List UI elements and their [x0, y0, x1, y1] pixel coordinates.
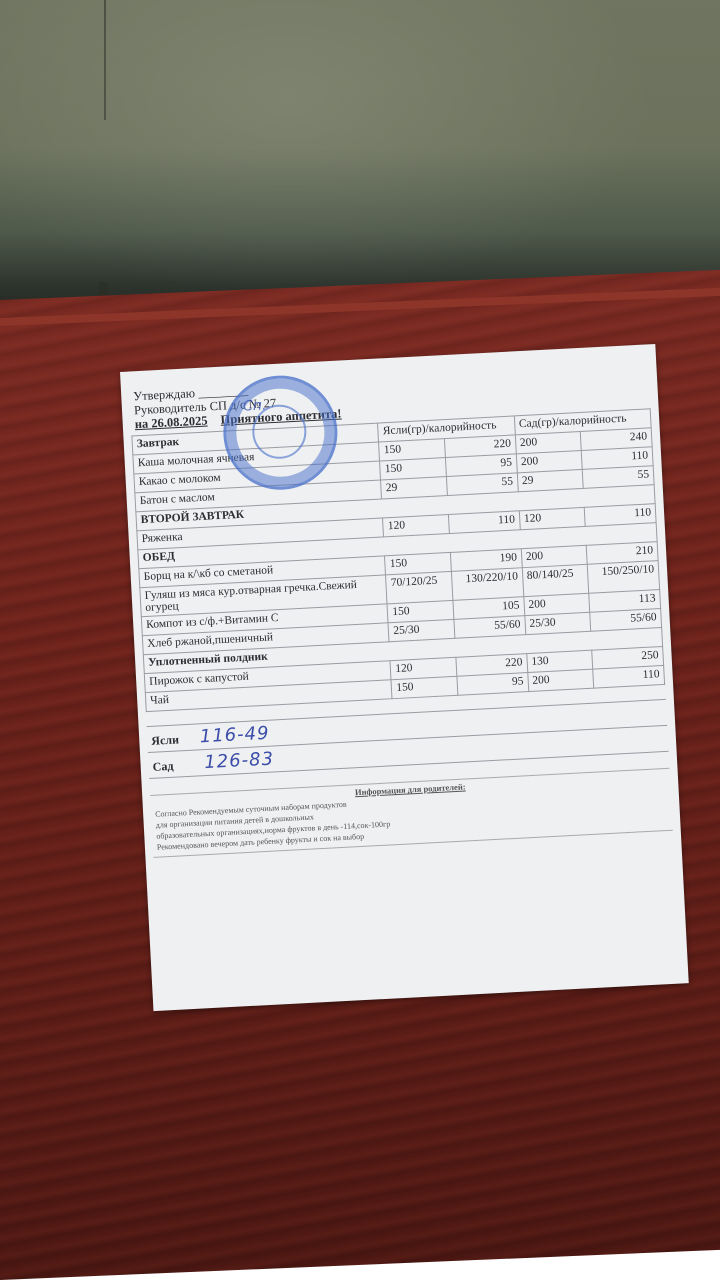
garden-kcal: 150/250/10 — [588, 561, 660, 594]
totals-block: Ясли 116-49 Сад 126-83 — [147, 699, 669, 779]
totals-nursery-value: 116-49 — [199, 723, 270, 748]
totals-garden-value: 126-83 — [204, 748, 275, 773]
totals-garden-label: Сад — [152, 759, 173, 774]
signature: Сп. — [243, 397, 267, 414]
parent-info: Информация для родителей: Согласно Реком… — [150, 768, 673, 858]
nursery-grams: 150 — [391, 676, 458, 698]
nursery-kcal: 130/220/10 — [451, 568, 523, 601]
menu-sheet: Сп. Утверждаю ________ Руководитель СП д… — [120, 344, 689, 1011]
garden-grams: 200 — [527, 669, 594, 691]
menu-table: ЗавтракЯсли(гр)/калорийностьСад(гр)/кало… — [131, 408, 665, 712]
garden-kcal: 110 — [593, 665, 665, 688]
garden-grams: 80/140/25 — [522, 564, 589, 596]
sheet-content: Сп. Утверждаю ________ Руководитель СП д… — [129, 362, 673, 858]
totals-nursery-label: Ясли — [151, 732, 179, 747]
wall-crack — [104, 0, 106, 120]
nursery-kcal: 95 — [457, 673, 529, 696]
menu-date: на 26.08.2025 — [134, 413, 207, 431]
nursery-grams: 70/120/25 — [386, 571, 453, 603]
